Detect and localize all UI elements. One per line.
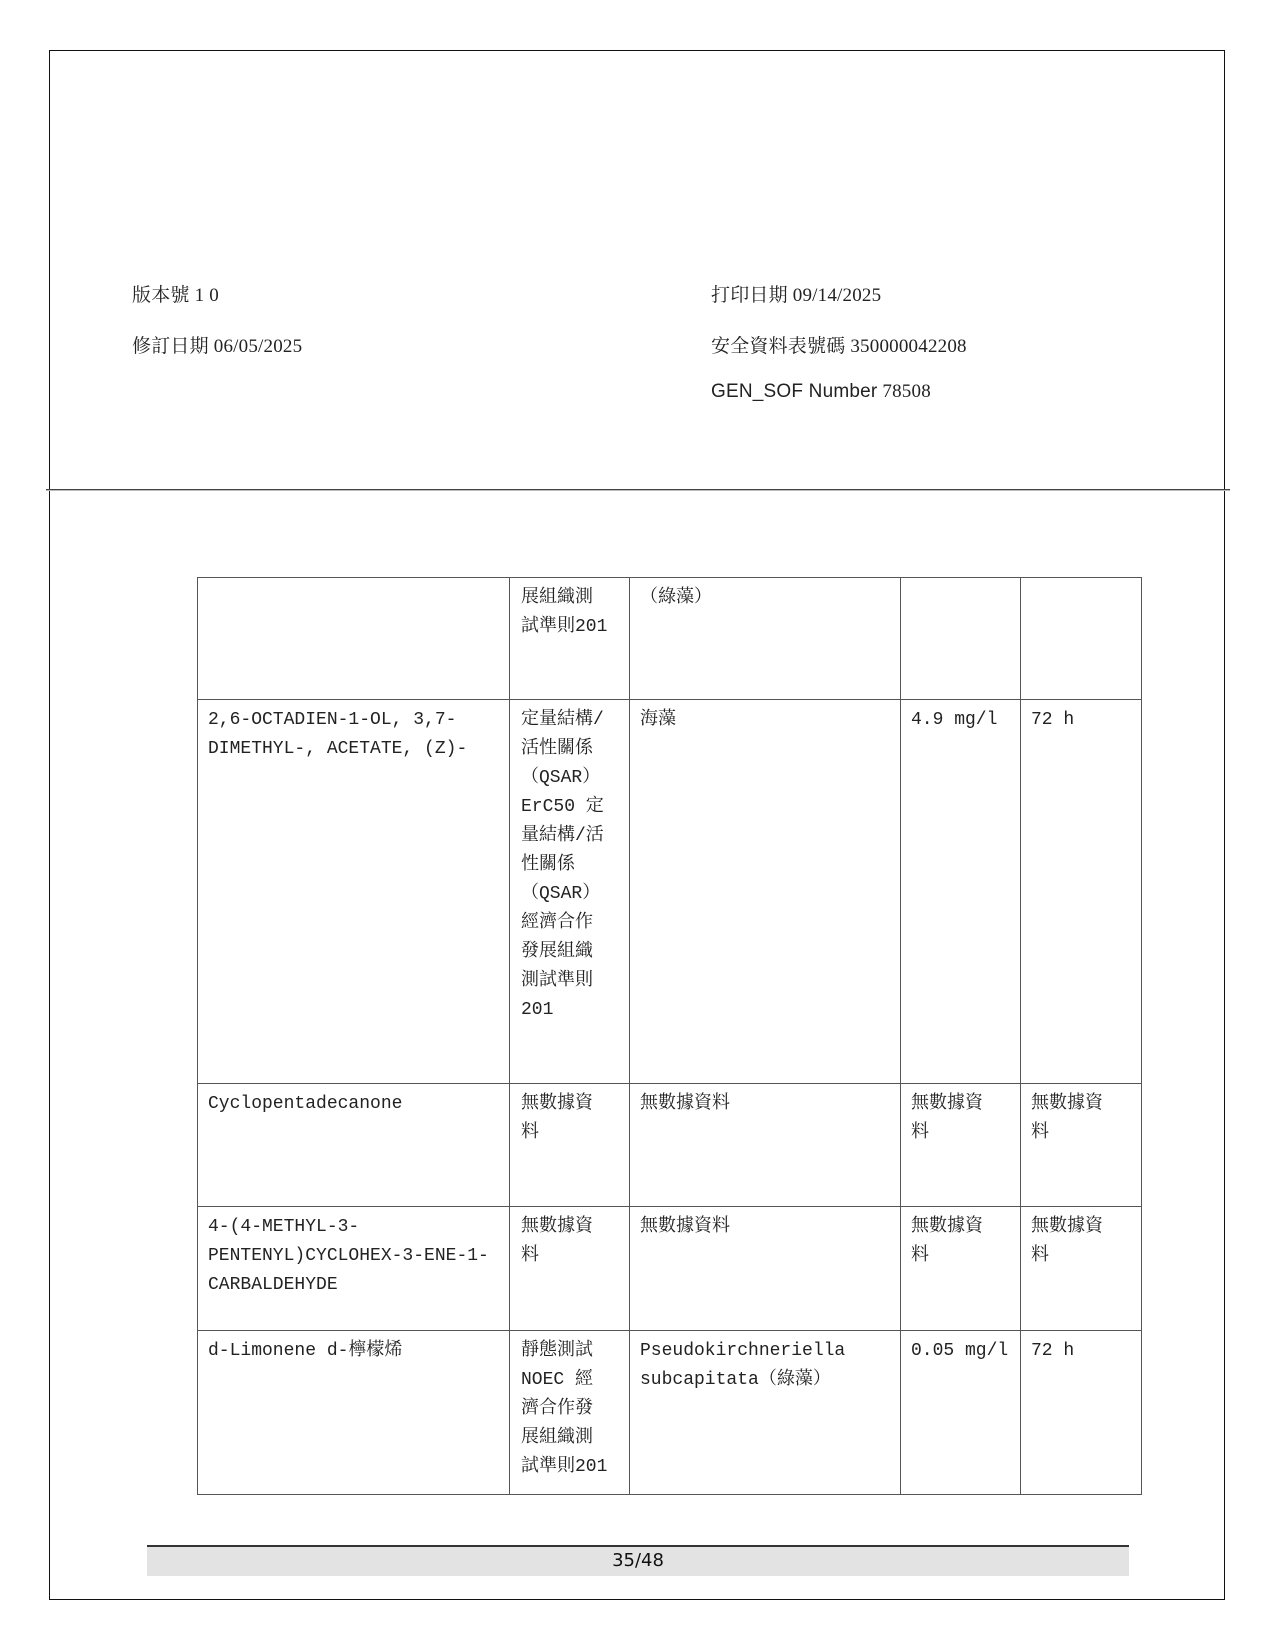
cell-value: 0.05 mg/l [901, 1331, 1021, 1495]
header-divider [46, 489, 1230, 491]
print-label: 打印日期 [711, 285, 788, 306]
table-row: 展組織測 試準則201（綠藻） [198, 578, 1142, 700]
cell-substance [198, 578, 510, 700]
cell-value: 4.9 mg/l [901, 700, 1021, 1084]
version-value: 1 0 [195, 285, 219, 306]
revision-value: 06/05/2025 [214, 336, 303, 357]
table-row: d-Limonene d-檸檬烯靜態測試 NOEC 經 濟合作發 展組織測 試準… [198, 1331, 1142, 1495]
gen-sof-label: GEN_SOF Number [711, 381, 877, 402]
cell-value: 無數據資 料 [901, 1207, 1021, 1331]
cell-value: 無數據資 料 [901, 1084, 1021, 1207]
print-date: 打印日期 09/14/2025 [711, 284, 881, 308]
cell-value [901, 578, 1021, 700]
cell-substance: d-Limonene d-檸檬烯 [198, 1331, 510, 1495]
cell-species: 無數據資料 [630, 1207, 901, 1331]
gen-sof-value: 78508 [882, 381, 931, 402]
table-row: 4-(4-METHYL-3- PENTENYL)CYCLOHEX-3-ENE-1… [198, 1207, 1142, 1331]
revision-date: 修訂日期 06/05/2025 [132, 335, 302, 359]
cell-species: Pseudokirchneriella subcapitata（綠藻） [630, 1331, 901, 1495]
cell-method: 無數據資 料 [510, 1207, 630, 1331]
table-row: Cyclopentadecanone無數據資 料無數據資料無數據資 料無數據資 … [198, 1084, 1142, 1207]
cell-duration: 無數據資 料 [1021, 1084, 1142, 1207]
page-indicator: 35/48 [612, 1550, 664, 1571]
table-row: 2,6-OCTADIEN-1-OL, 3,7- DIMETHYL-, ACETA… [198, 700, 1142, 1084]
version-label: 版本號 [132, 285, 190, 306]
sds-value: 350000042208 [850, 336, 966, 357]
cell-species: 海藻 [630, 700, 901, 1084]
sds-label: 安全資料表號碼 [711, 336, 845, 357]
cell-duration: 72 h [1021, 1331, 1142, 1495]
cell-duration [1021, 578, 1142, 700]
version-number: 版本號 1 0 [132, 284, 219, 308]
footer-bar: 35/48 [147, 1545, 1129, 1576]
cell-species: 無數據資料 [630, 1084, 901, 1207]
cell-substance: Cyclopentadecanone [198, 1084, 510, 1207]
revision-label: 修訂日期 [132, 336, 209, 357]
cell-method: 展組織測 試準則201 [510, 578, 630, 700]
sds-number: 安全資料表號碼 350000042208 [711, 335, 967, 359]
cell-duration: 72 h [1021, 700, 1142, 1084]
cell-method: 靜態測試 NOEC 經 濟合作發 展組織測 試準則201 [510, 1331, 630, 1495]
cell-species: （綠藻） [630, 578, 901, 700]
cell-method: 定量結構/ 活性關係 （QSAR） ErC50 定 量結構/活 性關係 （QSA… [510, 700, 630, 1084]
ecotoxicity-table: 展組織測 試準則201（綠藻）2,6-OCTADIEN-1-OL, 3,7- D… [197, 577, 1142, 1495]
cell-substance: 2,6-OCTADIEN-1-OL, 3,7- DIMETHYL-, ACETA… [198, 700, 510, 1084]
gen-sof-number: GEN_SOF Number 78508 [711, 380, 931, 404]
cell-duration: 無數據資 料 [1021, 1207, 1142, 1331]
cell-substance: 4-(4-METHYL-3- PENTENYL)CYCLOHEX-3-ENE-1… [198, 1207, 510, 1331]
cell-method: 無數據資 料 [510, 1084, 630, 1207]
print-value: 09/14/2025 [793, 285, 882, 306]
